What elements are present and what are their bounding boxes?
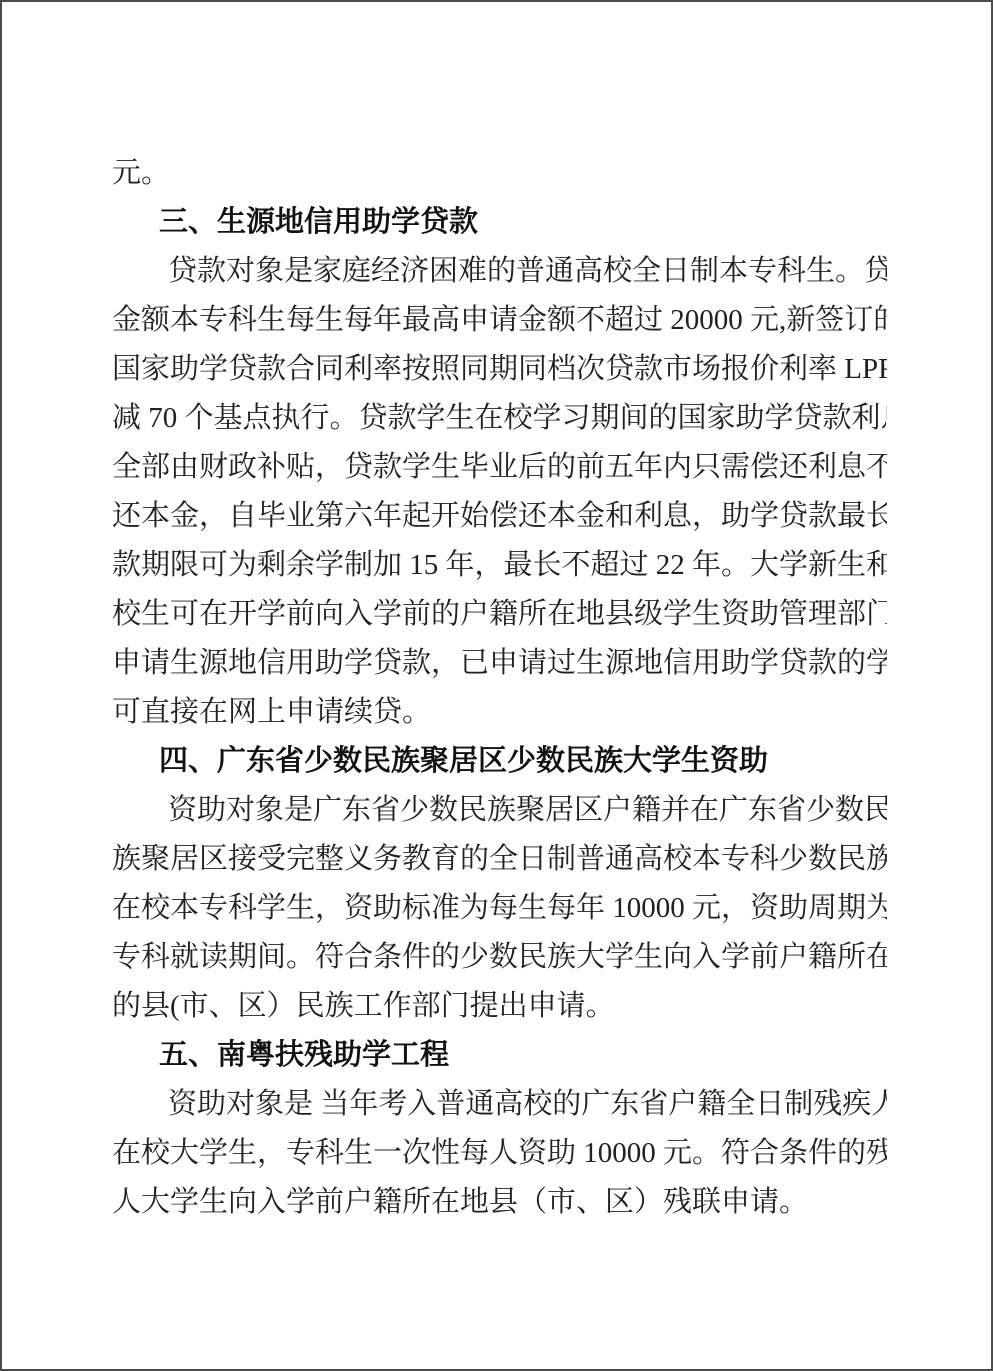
- text-line: 在校大学生，专科生一次性每人资助 10000 元。符合条件的残疾: [112, 1129, 887, 1178]
- text-line: 金额本专科生每生每年最高申请金额不超过 20000 元,新签订的: [112, 296, 887, 345]
- text-line: 资助对象是 当年考入普通高校的广东省户籍全日制残疾人: [112, 1080, 887, 1129]
- text-line: 国家助学贷款合同利率按照同期同档次贷款市场报价利率 LPR5Y: [112, 345, 887, 394]
- document-text: 元。三、生源地信用助学贷款贷款对象是家庭经济困难的普通高校全日制本专科生。贷款金…: [112, 149, 887, 1227]
- text-line: 可直接在网上申请续贷。: [112, 688, 887, 737]
- text-line: 元。: [112, 149, 887, 198]
- text-line: 在校本专科学生，资助标准为每生每年 10000 元，资助周期为本: [112, 884, 887, 933]
- section-heading: 五、南粤扶残助学工程: [112, 1031, 887, 1080]
- text-line: 还本金，自毕业第六年起开始偿还本金和利息，助学贷款最长贷: [112, 492, 887, 541]
- text-line: 全部由财政补贴，贷款学生毕业后的前五年内只需偿还利息不需: [112, 443, 887, 492]
- text-line: 族聚居区接受完整义务教育的全日制普通高校本专科少数民族: [112, 835, 887, 884]
- text-line: 校生可在开学前向入学前的户籍所在地县级学生资助管理部门: [112, 590, 887, 639]
- text-line: 资助对象是广东省少数民族聚居区户籍并在广东省少数民: [112, 786, 887, 835]
- text-line: 贷款对象是家庭经济困难的普通高校全日制本专科生。贷款: [112, 247, 887, 296]
- text-line: 申请生源地信用助学贷款，已申请过生源地信用助学贷款的学生: [112, 639, 887, 688]
- document-page: 元。三、生源地信用助学贷款贷款对象是家庭经济困难的普通高校全日制本专科生。贷款金…: [0, 0, 993, 1371]
- text-line: 人大学生向入学前户籍所在地县（市、区）残联申请。: [112, 1178, 887, 1227]
- text-line: 减 70 个基点执行。贷款学生在校学习期间的国家助学贷款利息: [112, 394, 887, 443]
- text-line: 专科就读期间。符合条件的少数民族大学生向入学前户籍所在地: [112, 933, 887, 982]
- section-heading: 三、生源地信用助学贷款: [112, 198, 887, 247]
- text-line: 的县(市、区）民族工作部门提出申请。: [112, 982, 887, 1031]
- text-line: 款期限可为剩余学制加 15 年，最长不超过 22 年。大学新生和在: [112, 541, 887, 590]
- section-heading: 四、广东省少数民族聚居区少数民族大学生资助: [112, 737, 887, 786]
